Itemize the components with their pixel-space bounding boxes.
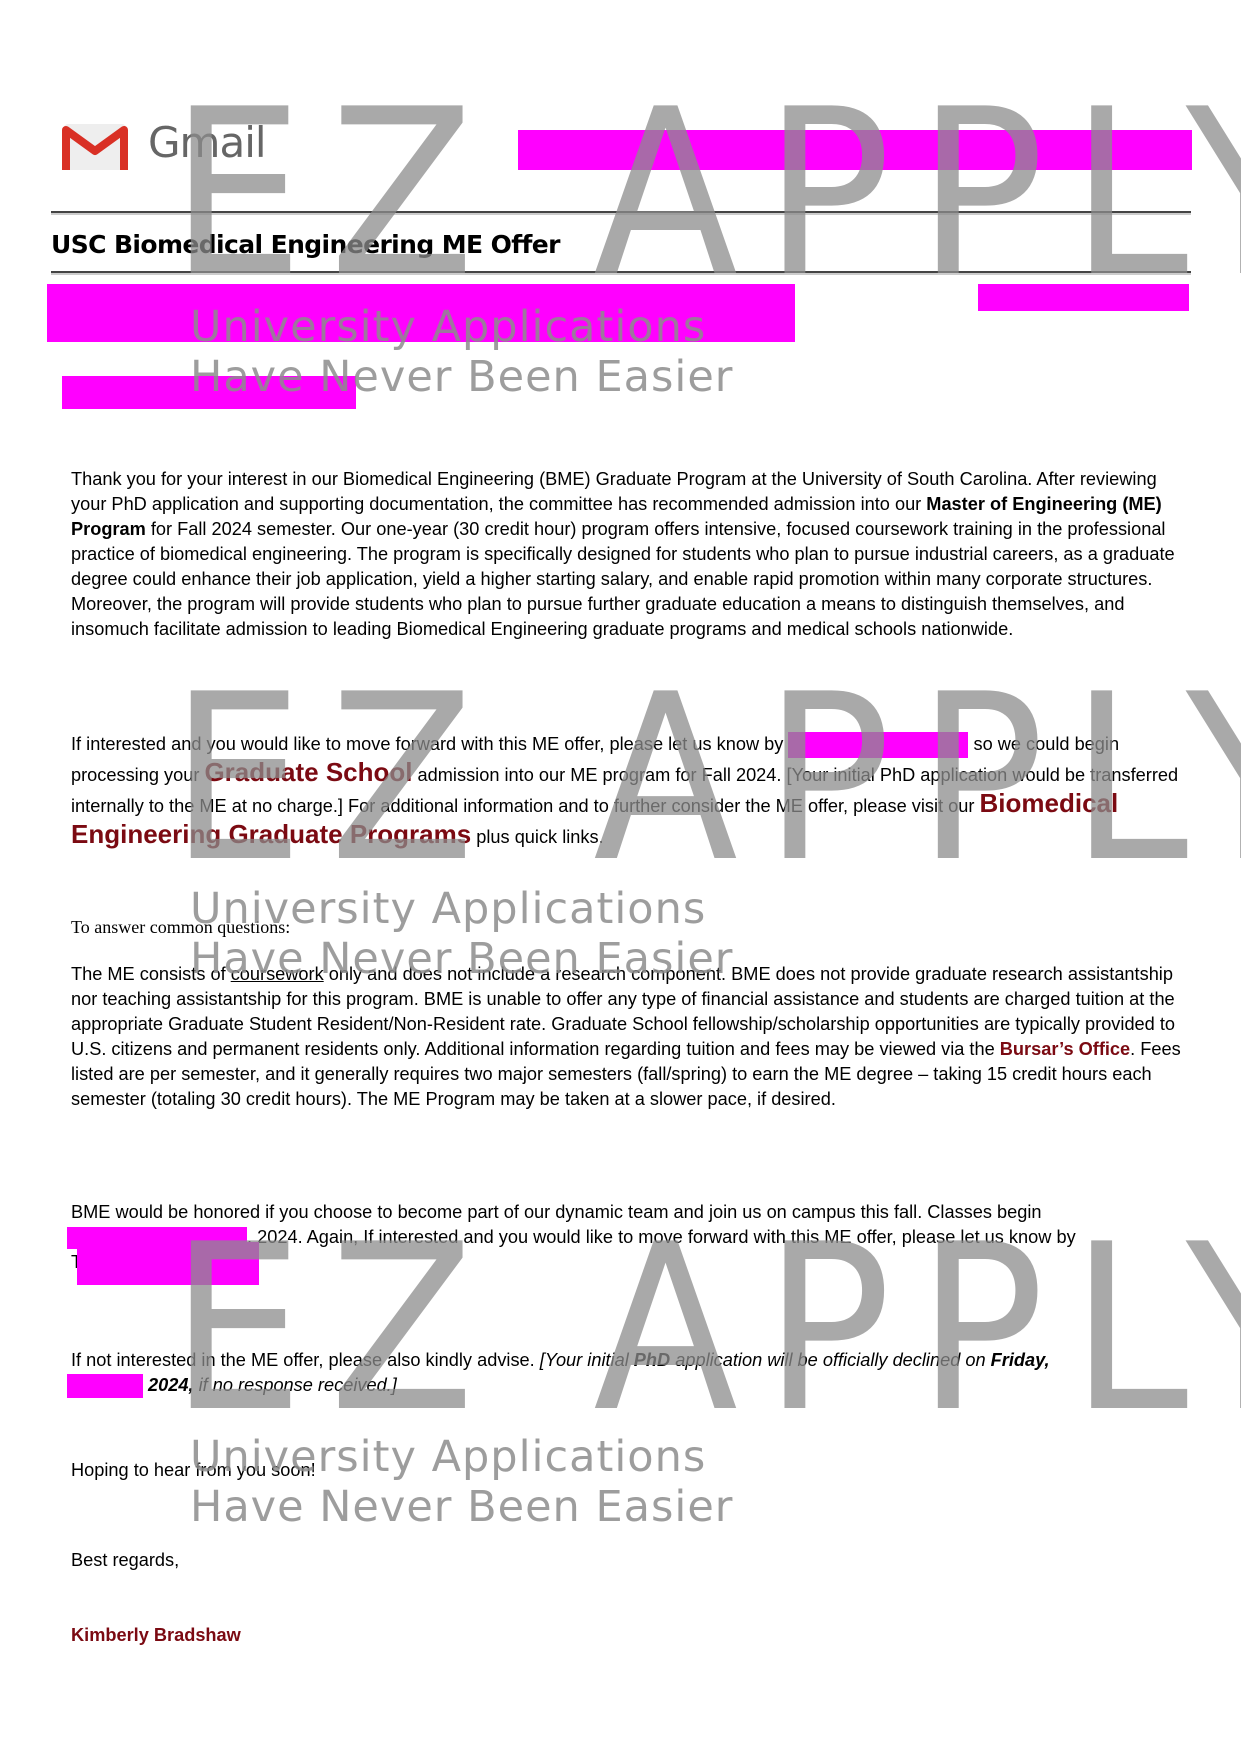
signature-name: Kimberly Bradshaw [71,1623,1191,1648]
paragraph-intro: Thank you for your interest in our Biome… [71,467,1191,642]
redacted-decline-date [67,1374,143,1398]
paragraph-decline: If not interested in the ME offer, pleas… [71,1348,1191,1398]
redacted-sender [518,130,1192,170]
coursework-underlined: coursework [231,964,324,984]
paragraph-faq: The ME consists of coursework only and d… [71,962,1191,1112]
closing-regards: Best regards, [71,1548,1191,1573]
watermark-tagline-2: Have Never Been Easier [190,1482,733,1532]
redacted-from [47,284,795,342]
gmail-wordmark: Gmail [148,118,266,167]
paragraph-offer: If interested and you would like to move… [71,730,1191,851]
divider [51,211,1191,213]
redacted-reply-deadline [77,1242,259,1285]
redacted-date [978,284,1189,311]
gmail-envelope-icon [62,122,128,172]
bursars-office-link[interactable]: Bursar’s Office [1000,1039,1130,1059]
divider [51,271,1191,273]
watermark-title: EZ APPLY [170,80,1241,310]
graduate-school-link[interactable]: Graduate School [204,757,412,787]
redacted-to [62,376,356,409]
redacted-deadline [788,732,968,758]
closing-line: Hoping to hear from you soon! [71,1458,1191,1483]
email-subject: USC Biomedical Engineering ME Offer [51,230,560,259]
faq-intro: To answer common questions: [71,917,290,938]
